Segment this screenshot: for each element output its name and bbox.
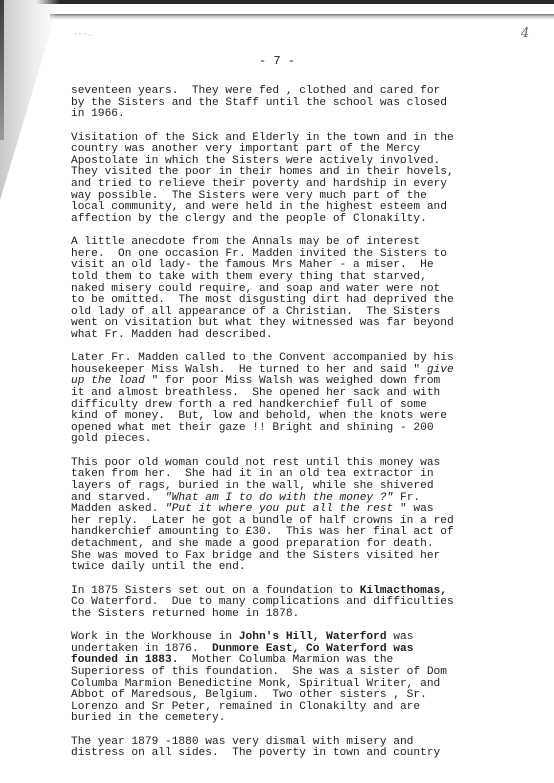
paragraph-p2: Visitation of the Sick and Elderly in th…	[71, 133, 491, 226]
paragraph-p4: Later Fr. Madden called to the Convent a…	[71, 353, 491, 446]
text-line: Columba Marmion Benedictine Monk, Spirit…	[71, 678, 440, 690]
text-line: layers of rags, buried in the wall, whil…	[71, 480, 434, 492]
text-line: to be omitted. The most disgusting dirt …	[71, 294, 454, 306]
text-line: founded in 1883. Mother Columba Marmion …	[71, 654, 393, 666]
paragraph-p1: seventeen years. They were fed , clothed…	[71, 86, 491, 121]
text-line: housekeeper Miss Walsh. He turned to her…	[71, 364, 454, 376]
text-line: buried in the cemetery.	[71, 712, 225, 724]
text-line: way possible. The Sisters were very much…	[71, 190, 427, 202]
page-number: - 7 -	[0, 54, 554, 68]
text-line: and tried to relieve their poverty and h…	[71, 178, 447, 190]
text-line: her reply. Later he got a bundle of half…	[71, 515, 454, 527]
text-line: Abbot of Maredsous, Belgium. Two other s…	[71, 689, 427, 701]
text-line: here. On one occasion Fr. Madden invited…	[71, 248, 447, 260]
text-line: Madden asked. "Put it where you put all …	[71, 503, 434, 515]
text-line: went on visitation but what they witness…	[71, 317, 454, 329]
scan-page-fold	[0, 0, 60, 200]
text-line: Later Fr. Madden called to the Convent a…	[71, 352, 454, 364]
text-line: seventeen years. They were fed , clothed…	[71, 85, 440, 97]
text-line: by the Sisters and the Staff until the s…	[71, 97, 447, 109]
text-line: country was another very important part …	[71, 143, 420, 155]
text-line: handkerchief amounting to £30. This was …	[71, 526, 454, 538]
text-line: kind of money. But, low and behold, when…	[71, 410, 447, 422]
text-line: in 1966.	[71, 108, 125, 120]
text-line: detachment, and she made a good preparat…	[71, 538, 434, 550]
scan-speck: ·-·.	[73, 30, 92, 39]
text-line: the Sisters returned home in 1878.	[71, 608, 299, 620]
text-line: gold pieces.	[71, 433, 152, 445]
text-line: old lady of all appearance of a Christia…	[71, 306, 440, 318]
text-line: Superioress of this foundation. She was …	[71, 666, 447, 678]
scan-top-border	[0, 0, 554, 4]
paragraph-p8: The year 1879 -1880 was very dismal with…	[71, 737, 491, 760]
scan-left-border	[0, 0, 4, 140]
text-line: opened what met their gaze !! Bright and…	[71, 422, 434, 434]
document-body: seventeen years. They were fed , clothed…	[71, 86, 491, 772]
text-line: Apostolate in which the Sisters were act…	[71, 155, 440, 167]
text-line: it and almost breathless. She opened her…	[71, 387, 440, 399]
text-line: The year 1879 -1880 was very dismal with…	[71, 736, 413, 748]
paragraph-p7: Work in the Workhouse in John's Hill, Wa…	[71, 632, 491, 725]
paragraph-p6: In 1875 Sisters set out on a foundation …	[71, 586, 491, 621]
text-line: and starved. "What am I to do with the m…	[71, 492, 420, 504]
paragraph-p3: A little anecdote from the Annals may be…	[71, 237, 491, 341]
text-line: Co Waterford. Due to many complications …	[71, 596, 454, 608]
handwritten-page-mark: 4	[521, 26, 529, 41]
text-line: what Fr. Madden had described.	[71, 329, 272, 341]
scan-page-edge-shadow	[50, 14, 554, 20]
text-line: naked misery could require, and soap and…	[71, 283, 440, 295]
text-line: twice daily until the end.	[71, 561, 246, 573]
text-line: They visited the poor in their homes and…	[71, 166, 454, 178]
text-line: A little anecdote from the Annals may be…	[71, 236, 420, 248]
text-line: In 1875 Sisters set out on a foundation …	[71, 585, 447, 597]
text-line: up the load " for poor Miss Walsh was we…	[71, 375, 440, 387]
text-line: affection by the clergy and the people o…	[71, 213, 427, 225]
text-line: visit an old lady- the famous Mrs Maher …	[71, 259, 434, 271]
text-line: undertaken in 1876. Dunmore East, Co Wat…	[71, 643, 413, 655]
text-line: This poor old woman could not rest until…	[71, 457, 440, 469]
text-line: Lorenzo and Sr Peter, remained in Clonak…	[71, 701, 420, 713]
text-line: told them to take with them every thing …	[71, 271, 427, 283]
text-line: taken from her. She had it in an old tea…	[71, 468, 434, 480]
text-line: local community, and were held in the hi…	[71, 201, 447, 213]
text-line: distress on all sides. The poverty in to…	[71, 747, 440, 759]
text-line: difficulty drew forth a red handkerchief…	[71, 399, 427, 411]
text-line: Work in the Workhouse in John's Hill, Wa…	[71, 631, 413, 643]
paragraph-p5: This poor old woman could not rest until…	[71, 458, 491, 574]
text-line: She was moved to Fax bridge and the Sist…	[71, 550, 440, 562]
text-line: Visitation of the Sick and Elderly in th…	[71, 132, 454, 144]
